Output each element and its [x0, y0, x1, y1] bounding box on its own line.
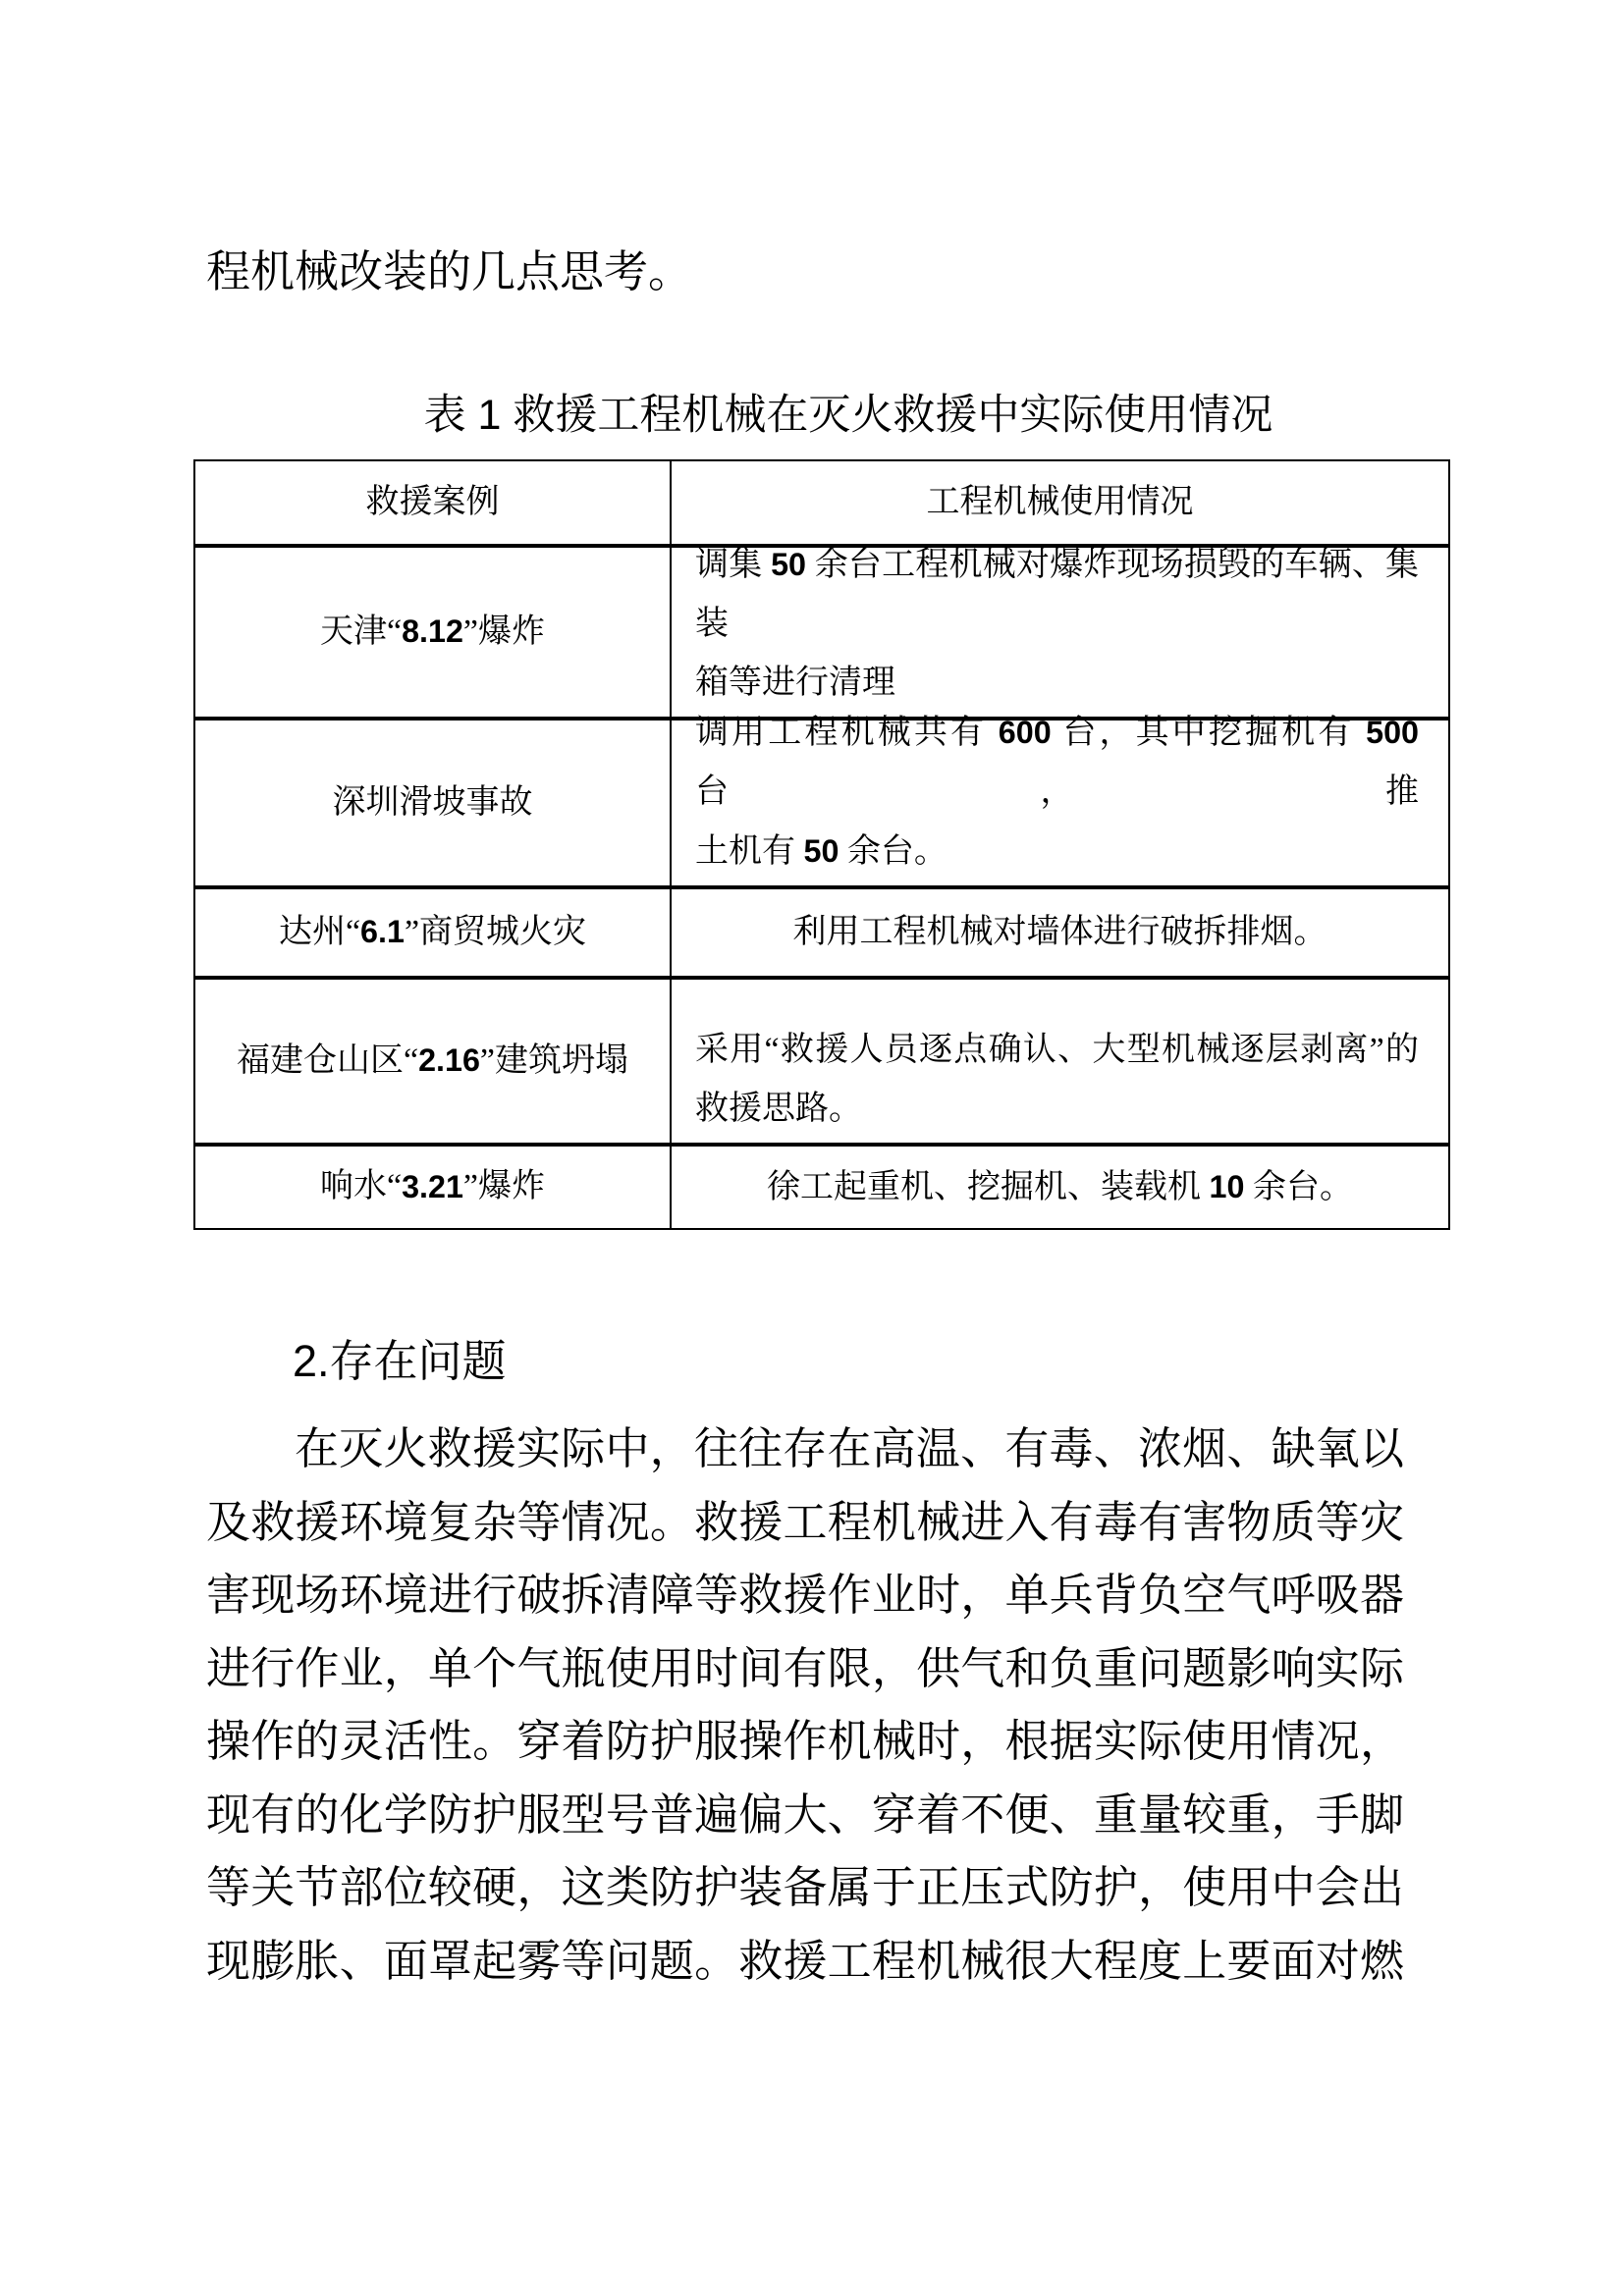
usage-cell: 调用工程机械共有 600 台，其中挖掘机有 500 台，推 土机有 50 余台。 — [672, 721, 1448, 885]
paragraph-line: 害现场环境进行破拆清障等救援作业时，单兵背负空气呼吸器 — [206, 1559, 1404, 1632]
paragraph-line: 现有的化学防护服型号普遍偏大、穿着不便、重量较重，手脚 — [206, 1779, 1404, 1852]
document-page: 程机械改装的几点思考。 表 1 救援工程机械在灭火救援中实际使用情况 救援案例 … — [0, 0, 1624, 2296]
column-header-case: 救援案例 — [195, 461, 672, 544]
paragraph-line: 现膨胀、面罩起雾等问题。救援工程机械很大程度上要面对燃 — [206, 1925, 1404, 1999]
usage-line: 调集 50 余台工程机械对爆炸现场损毁的车辆、集装 — [695, 535, 1419, 654]
intro-line: 程机械改装的几点思考。 — [206, 236, 1404, 308]
body-paragraph: 在灭火救援实际中，往往存在高温、有毒、浓烟、缺氧以 及救援环境复杂等情况。救援工… — [206, 1413, 1404, 1998]
case-cell: 天津“8.12”爆炸 — [195, 548, 672, 717]
table-row: 深圳滑坡事故 调用工程机械共有 600 台，其中挖掘机有 500 台，推 土机有… — [195, 721, 1448, 889]
table-row: 天津“8.12”爆炸 调集 50 余台工程机械对爆炸现场损毁的车辆、集装 箱等进… — [195, 548, 1448, 721]
usage-line: 土机有 50 余台。 — [695, 822, 1419, 881]
usage-cell: 利用工程机械对墙体进行破拆排烟。 — [672, 889, 1448, 976]
table-row: 达州“6.1”商贸城火灾 利用工程机械对墙体进行破拆排烟。 — [195, 889, 1448, 980]
usage-line: 调用工程机械共有 600 台，其中挖掘机有 500 台，推 — [695, 703, 1419, 822]
paragraph-line: 在灭火救援实际中，往往存在高温、有毒、浓烟、缺氧以 — [206, 1413, 1404, 1486]
paragraph-line: 进行作业，单个气瓶使用时间有限，供气和负重问题影响实际 — [206, 1632, 1404, 1706]
paragraph-line: 操作的灵活性。穿着防护服操作机械时，根据实际使用情况， — [206, 1705, 1404, 1779]
section-heading: 2.存在问题 — [206, 1325, 1404, 1398]
usage-cell: 采用“救援人员逐点确认、大型机械逐层剥离”的 救援思路。 — [672, 980, 1448, 1143]
usage-cell: 徐工起重机、挖掘机、装载机 10 余台。 — [672, 1147, 1448, 1228]
table-row: 福建仓山区“2.16”建筑坍塌 采用“救援人员逐点确认、大型机械逐层剥离”的 救… — [195, 980, 1448, 1147]
column-header-usage: 工程机械使用情况 — [672, 461, 1448, 544]
case-cell: 达州“6.1”商贸城火灾 — [195, 889, 672, 976]
rescue-usage-table: 救援案例 工程机械使用情况 天津“8.12”爆炸 调集 50 余台工程机械对爆炸… — [193, 459, 1450, 1230]
table-row: 响水“3.21”爆炸 徐工起重机、挖掘机、装载机 10 余台。 — [195, 1147, 1448, 1228]
usage-line: 利用工程机械对墙体进行破拆排烟。 — [793, 903, 1327, 962]
usage-line: 采用“救援人员逐点确认、大型机械逐层剥离”的 — [695, 1021, 1419, 1080]
usage-line: 徐工起重机、挖掘机、装载机 10 余台。 — [767, 1157, 1353, 1217]
usage-line: 救援思路。 — [695, 1080, 1419, 1139]
paragraph-line: 及救援环境复杂等情况。救援工程机械进入有毒有害物质等灾 — [206, 1486, 1404, 1560]
paragraph-line: 等关节部位较硬，这类防护装备属于正压式防护，使用中会出 — [206, 1851, 1404, 1925]
case-cell: 深圳滑坡事故 — [195, 721, 672, 885]
usage-cell: 调集 50 余台工程机械对爆炸现场损毁的车辆、集装 箱等进行清理 — [672, 548, 1448, 717]
table-title: 表 1 救援工程机械在灭火救援中实际使用情况 — [206, 385, 1404, 446]
case-cell: 福建仓山区“2.16”建筑坍塌 — [195, 980, 672, 1143]
case-cell: 响水“3.21”爆炸 — [195, 1147, 672, 1228]
